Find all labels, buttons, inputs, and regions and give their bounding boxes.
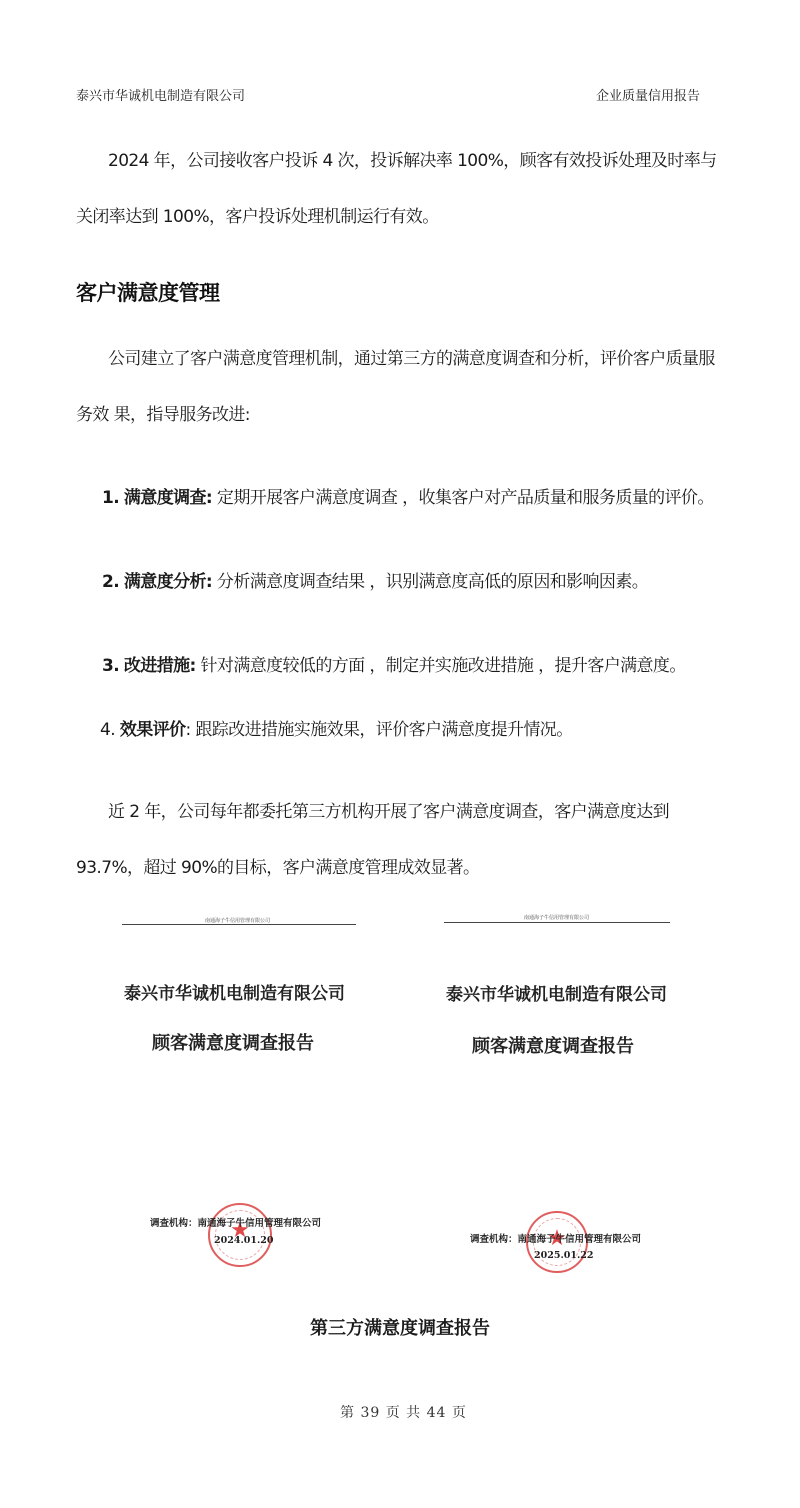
list-item-evaluation: 4. 效果评价: 跟踪改进措施实施效果，评价客户满意度提升情况。: [100, 715, 573, 740]
list-item-number: 4.: [100, 720, 115, 740]
report-institution: 调查机构：南通海子牛信用管理有限公司: [470, 1231, 641, 1245]
report-top-rule: [444, 922, 670, 923]
report-company: 泰兴市华诚机电制造有限公司: [446, 980, 667, 1005]
report-top-rule: [122, 924, 356, 925]
header-report-name: 企业质量信用报告: [596, 85, 700, 104]
list-item-analysis: 2. 满意度分析: 分析满意度调查结果 ，识别满意度高低的原因和影响因素。: [102, 567, 648, 592]
list-item-desc: 针对满意度较低的方面 ，制定并实施改进措施 ，提升客户满意度。: [196, 656, 686, 676]
list-item-improvement: 3. 改进措施: 针对满意度较低的方面 ，制定并实施改进措施 ，提升客户满意度。: [102, 651, 686, 676]
list-item-survey: 1. 满意度调查: 定期开展客户满意度调查 ，收集客户对产品质量和服务质量的评价…: [102, 483, 714, 508]
report-title: 顾客满意度调查报告: [152, 1029, 314, 1055]
list-item-term: 满意度调查: [124, 488, 206, 508]
list-item-desc: 定期开展客户满意度调查 ，收集客户对产品质量和服务质量的评价。: [212, 488, 714, 508]
list-item-number: 3.: [102, 656, 119, 676]
list-item-number: 1.: [102, 488, 119, 508]
survey-report-2024: 南通海子牛信用管理有限公司 泰兴市华诚机电制造有限公司 顾客满意度调查报告 ★ …: [110, 905, 370, 1285]
header-company: 泰兴市华诚机电制造有限公司: [76, 85, 245, 104]
summary-paragraph-line2: 93.7%，超过 90%的目标，客户满意度管理成效显著。: [76, 853, 479, 878]
section-intro-line1: 公司建立了客户满意度管理机制，通过第三方的满意度调查和分析，评价客户质量服: [108, 344, 715, 369]
summary-paragraph-line1: 近 2 年，公司每年都委托第三方机构开展了客户满意度调查，客户满意度达到: [108, 797, 669, 822]
list-item-term: 满意度分析: [124, 572, 206, 592]
report-date: 2024.01.20: [214, 1235, 274, 1246]
figure-caption: 第三方满意度调查报告: [310, 1314, 490, 1340]
list-item-term: 效果评价: [120, 720, 186, 740]
report-institution: 调查机构：南通海子牛信用管理有限公司: [150, 1215, 321, 1229]
report-date: 2025.01.22: [534, 1250, 594, 1261]
complaints-paragraph-line1: 2024 年，公司接收客户投诉 4 次，投诉解决率 100%，顾客有效投诉处理及…: [108, 146, 717, 171]
list-item-number: 2.: [102, 572, 119, 592]
report-title: 顾客满意度调查报告: [472, 1032, 634, 1058]
list-item-desc: 分析满意度调查结果 ，识别满意度高低的原因和影响因素。: [212, 572, 648, 592]
list-item-desc: 跟踪改进措施实施效果，评价客户满意度提升情况。: [191, 720, 573, 740]
report-company: 泰兴市华诚机电制造有限公司: [124, 979, 345, 1004]
report-top-text: 南通海子牛信用管理有限公司: [524, 914, 589, 921]
section-intro-line2: 务效 果，指导服务改进:: [76, 400, 250, 425]
page-number: 第 39 页 共 44 页: [340, 1402, 467, 1422]
list-item-term: 改进措施: [124, 656, 190, 676]
report-top-text: 南通海子牛信用管理有限公司: [205, 917, 270, 924]
complaints-paragraph-line2: 关闭率达到 100%，客户投诉处理机制运行有效。: [76, 202, 439, 227]
survey-report-2025: 南通海子牛信用管理有限公司 泰兴市华诚机电制造有限公司 顾客满意度调查报告 ★ …: [430, 905, 690, 1285]
section-title: 客户满意度管理: [76, 277, 220, 307]
